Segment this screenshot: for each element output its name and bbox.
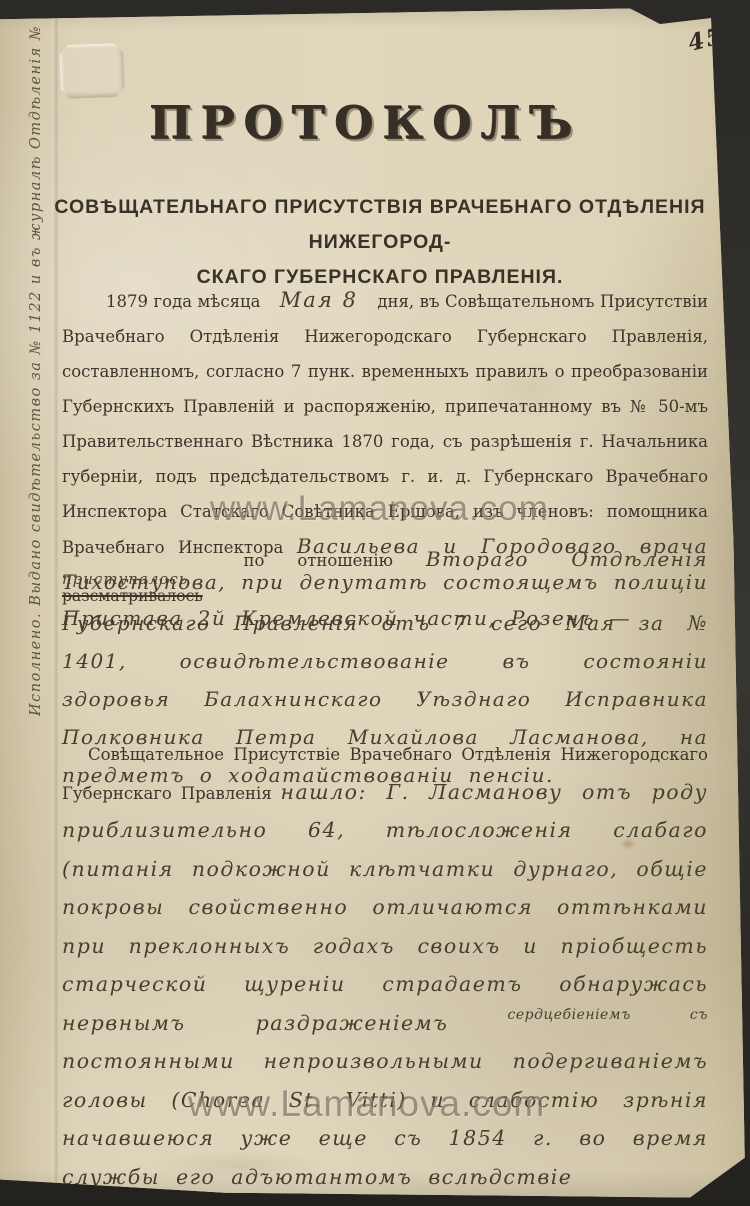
subtitle-line-1: СОВѢЩАТЕЛЬНАГО ПРИСУТСТВІЯ ВРАЧЕБНАГО ОТ…	[54, 196, 705, 253]
strikethrough-word: разсматривалось	[62, 588, 203, 605]
page-number: 45	[685, 22, 726, 57]
correction-stack: приступалосьразсматривалось	[62, 571, 203, 605]
paragraph-findings: Совѣщательное Присутствіе Врачебнаго Отд…	[62, 737, 708, 1197]
margin-note: Исполнено. Выдано свидѣтельство за № 112…	[28, 204, 44, 716]
handwritten-text: нашло: Г. Ласманову отъ роду приблизител…	[62, 780, 708, 1035]
handwritten-date: Мая 8	[266, 288, 372, 312]
document-page: 45 ПРОТОКОЛЪ СОВѢЩАТЕЛЬНАГО ПРИСУТСТВІЯ …	[0, 0, 750, 1206]
correction-word: приступалось	[62, 571, 203, 588]
embossed-stamp	[59, 43, 125, 99]
printed-text: 1879 года мѣсяца	[106, 292, 260, 311]
printed-text: дня, въ Совѣщательномъ Присутствіи Враче…	[62, 292, 708, 557]
handwritten-text: постоянными непроизвольными подергиваніе…	[62, 1049, 708, 1189]
printed-text: по отношенію	[243, 551, 393, 570]
document-title: ПРОТОКОЛЪ	[0, 96, 730, 149]
photo-background: { "colors":{ "photo_background":"#34322d…	[0, 0, 750, 1206]
document-subtitle: СОВѢЩАТЕЛЬНАГО ПРИСУТСТВІЯ ВРАЧЕБНАГО ОТ…	[40, 190, 720, 295]
handwritten-insertion: сердцебіеніемъ съ	[508, 1007, 708, 1023]
